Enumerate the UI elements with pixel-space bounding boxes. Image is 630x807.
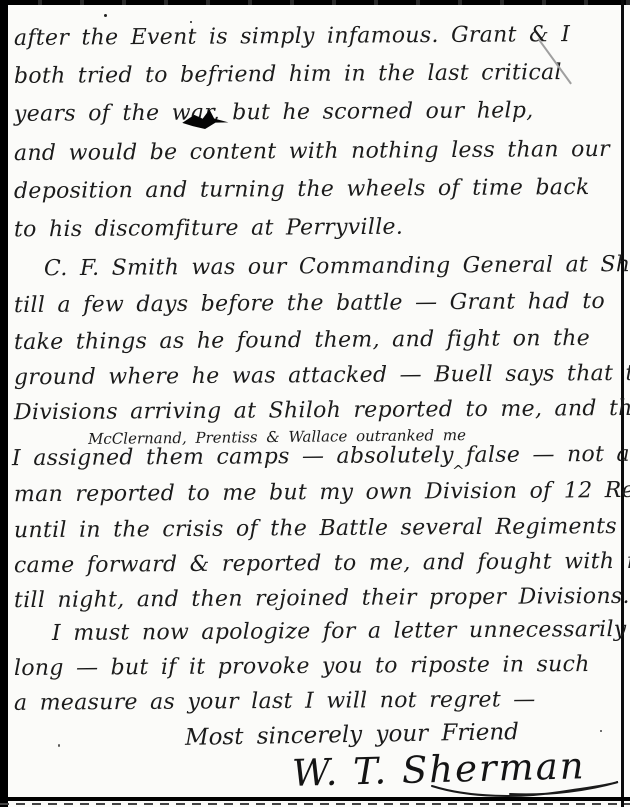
scan-edge-bottom-dots [0, 803, 630, 805]
letter-line: ground where he was attacked — Buell say… [14, 361, 630, 392]
scanned-letter-page: after the Event is simply infamous. Gran… [0, 0, 630, 807]
signature-flourish [430, 778, 620, 800]
letter-line: Divisions arriving at Shiloh reported to… [14, 396, 630, 426]
letter-line-paragraph-start: I must now apologize for a letter unnece… [52, 617, 627, 647]
letter-line: till a few days before the battle — Gran… [14, 289, 605, 319]
letter-line: until in the crisis of the Battle severa… [14, 514, 630, 544]
letter-line: years of the war, but he scorned our hel… [14, 98, 534, 128]
letter-line: and would be content with nothing less t… [14, 137, 610, 167]
scan-edge-left [0, 0, 8, 807]
paper-speck [104, 14, 107, 17]
letter-line: after the Event is simply infamous. Gran… [14, 22, 570, 52]
scan-edge-top [0, 0, 630, 5]
letter-line: take things as he found them, and fight … [14, 326, 590, 356]
letter-line: deposition and turning the wheels of tim… [14, 175, 590, 205]
letter-line: came forward & reported to me, and fough… [14, 549, 630, 580]
letter-line: man reported to me but my own Division o… [14, 478, 630, 509]
paper-speck [600, 730, 602, 732]
letter-closing: Most sincerely your Friend [185, 719, 519, 751]
letter-line: I assigned them camps — absolutely false… [12, 442, 630, 472]
letter-line: a measure as your last I will not regret… [14, 687, 536, 717]
paper-speck [190, 21, 192, 23]
insertion-caret-mark: ^ [452, 462, 465, 480]
letter-line: long — but if it provoke you to riposte … [14, 652, 590, 682]
letter-line-paragraph-start: C. F. Smith was our Commanding General a… [44, 252, 630, 282]
letter-line: to his discomfiture at Perryville. [14, 215, 403, 244]
letter-line: both tried to befriend him in the last c… [14, 60, 562, 90]
letter-line: till night, and then rejoined their prop… [14, 584, 630, 614]
paper-speck [58, 744, 60, 747]
